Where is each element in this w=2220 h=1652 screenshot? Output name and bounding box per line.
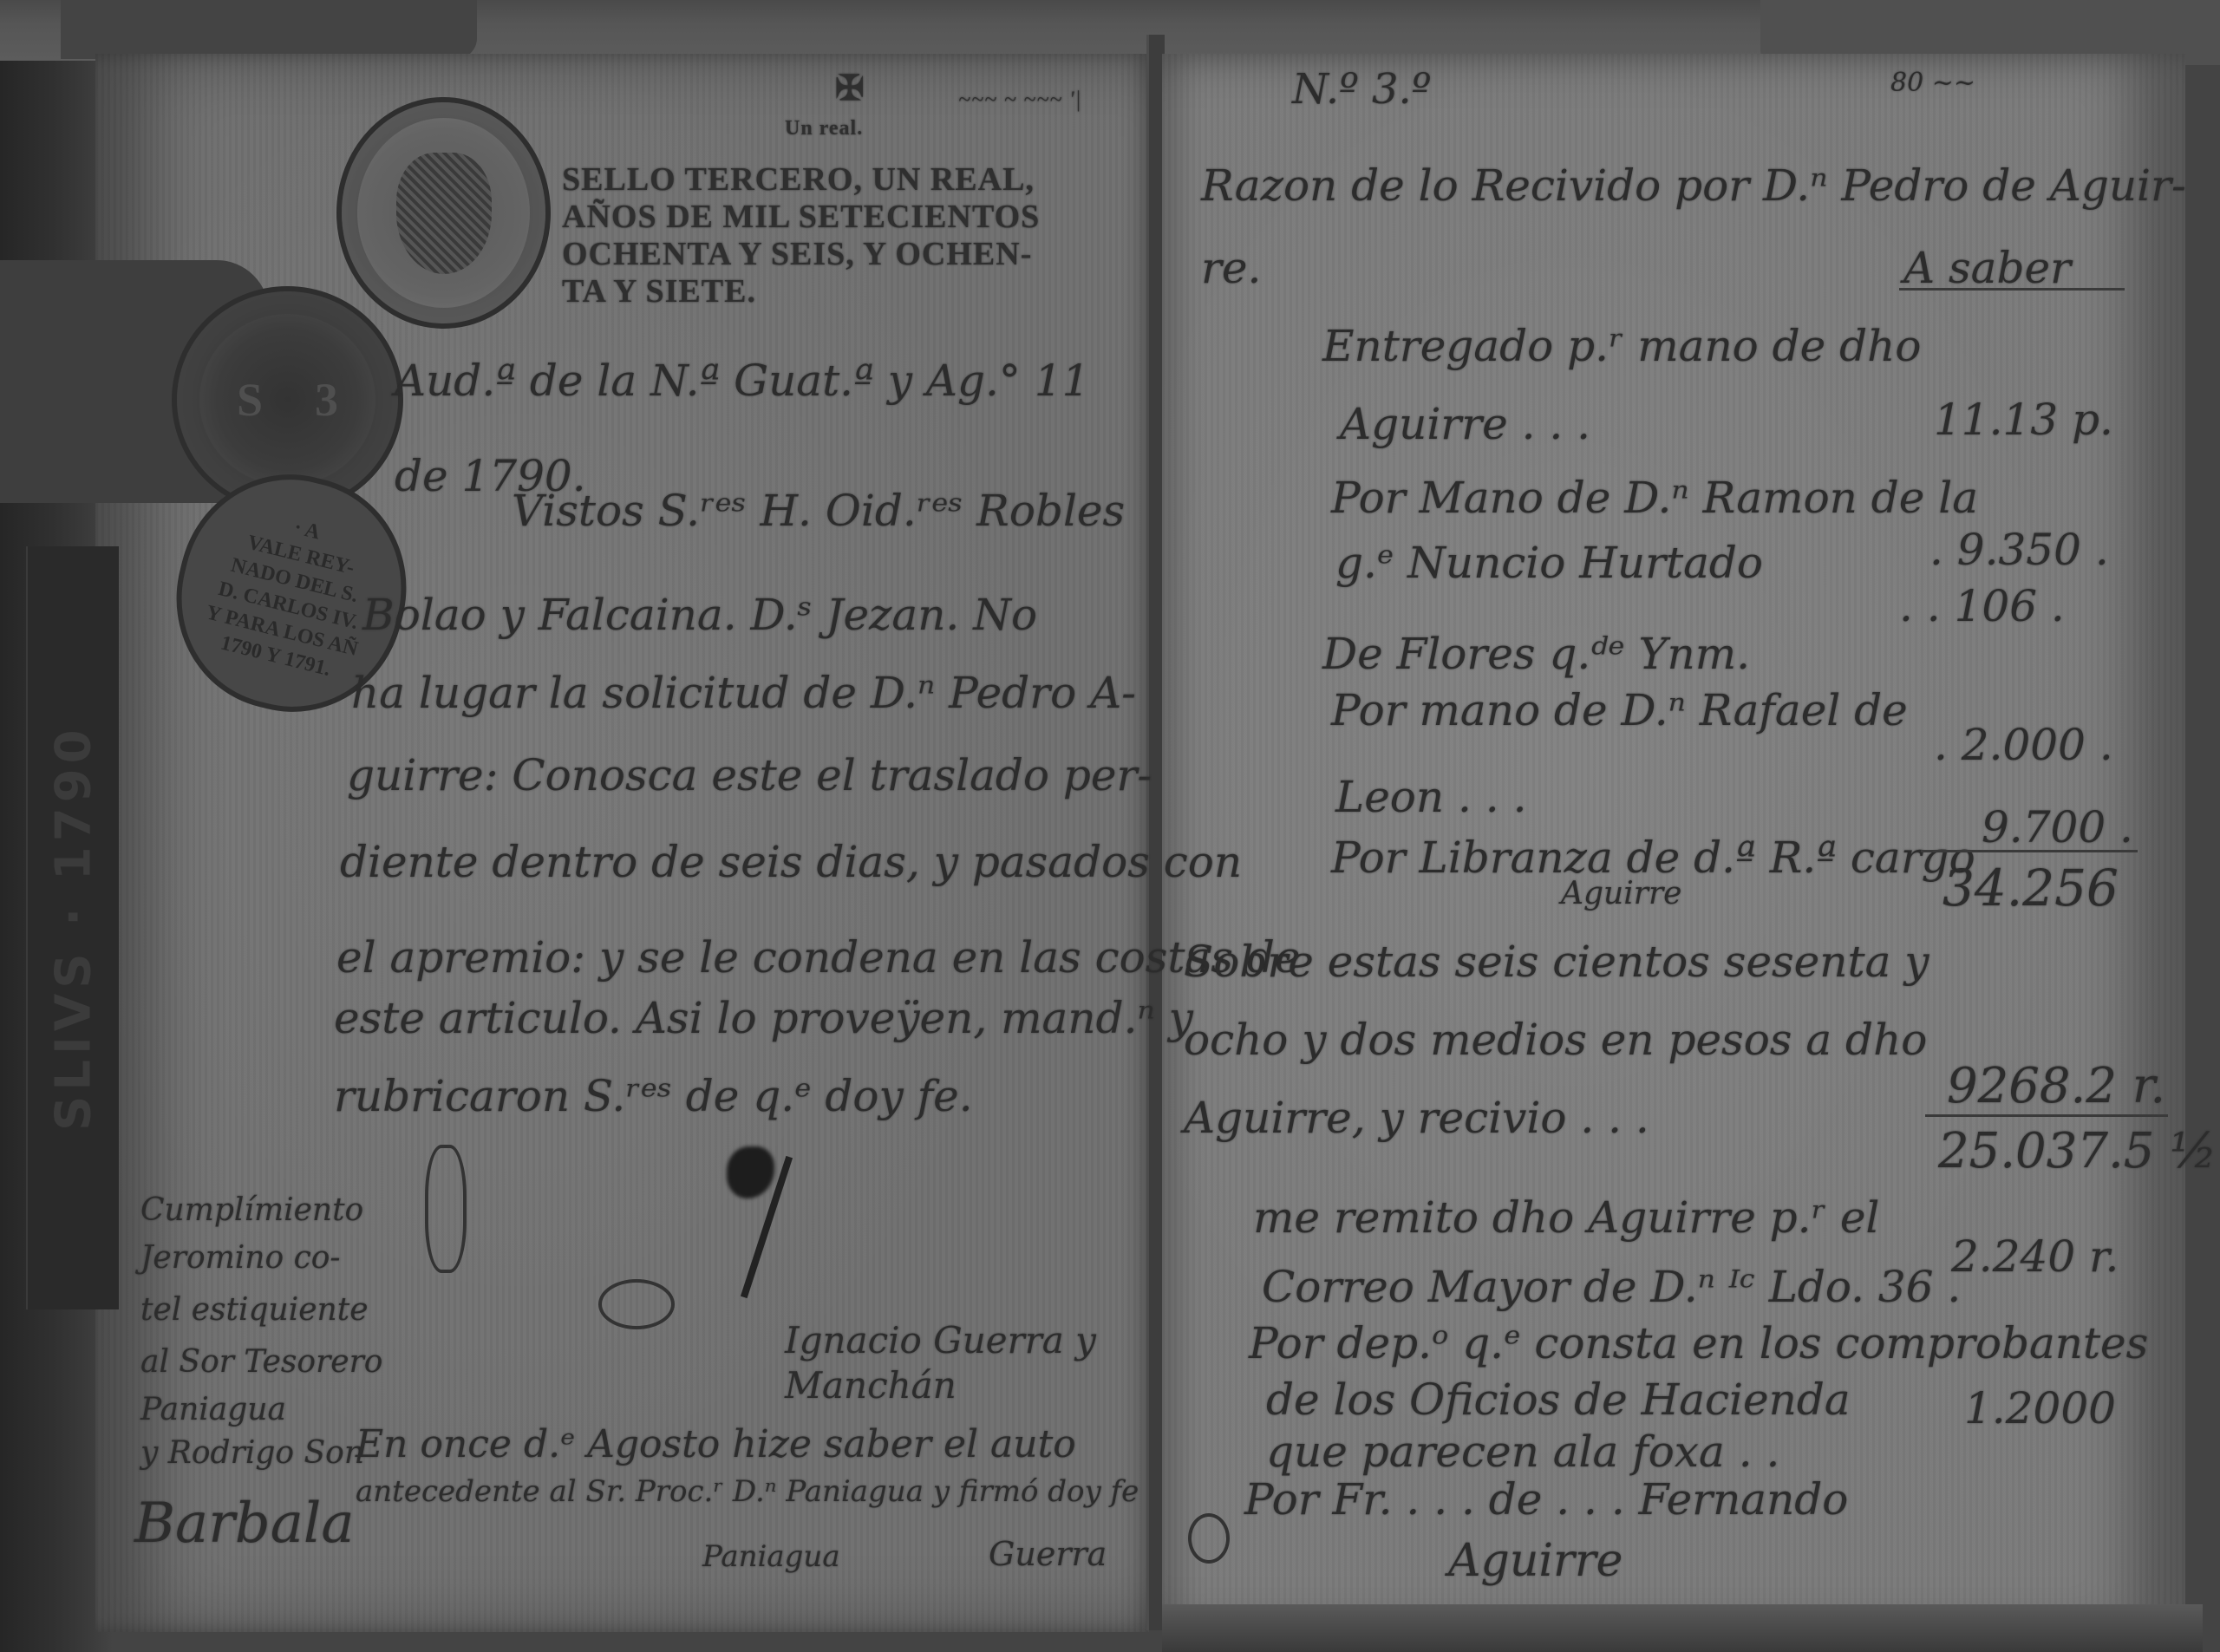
decree-line-1: Aud.ª de la N.ª Guat.ª y Ag.° 11 bbox=[395, 356, 1089, 406]
signature-guerra-manchan: Ignacio Guerra y Manchán bbox=[785, 1318, 1097, 1408]
entry-1-line-2: Aguirre . . . bbox=[1340, 399, 1590, 449]
decree-line-3: Vistos S.ʳᵉˢ H. Oid.ʳᵉˢ Robles bbox=[512, 486, 1125, 536]
rubric-flourish-icon bbox=[425, 1145, 467, 1273]
decree-line-9: este articulo. Asi lo proveÿen, mand.ⁿ y bbox=[334, 993, 1193, 1043]
margin-name-barbala: Barbala bbox=[134, 1492, 355, 1556]
subtotal-mark: Aguirre bbox=[1561, 876, 1681, 911]
account-title-line-2: re. bbox=[1201, 243, 1261, 293]
paragraph-amount: 9268.2 r. bbox=[1947, 1058, 2165, 1114]
binding-tab-left bbox=[61, 0, 477, 59]
entry-4-line-1: Por mano de D.ⁿ Rafael de bbox=[1331, 685, 1908, 735]
coat-of-arms-icon bbox=[396, 153, 492, 274]
margin-note-line: Cumplímiento bbox=[140, 1192, 363, 1228]
balance-amount: 25.037.5 ½ bbox=[1938, 1123, 2217, 1179]
lower-line-5: que parecen ala foxa . . bbox=[1266, 1427, 1779, 1477]
signature-guerra: Guerra bbox=[989, 1535, 1107, 1573]
entry-3-line-1: De Flores q.ᵈᵉ Ynm. bbox=[1322, 629, 1750, 679]
paragraph-line-1: Sobre estas seis cientos sesenta y bbox=[1184, 937, 1929, 987]
corner-mark: 80 ~~ bbox=[1890, 68, 1975, 98]
entry-3-amount: . . 106 . bbox=[1899, 581, 2065, 631]
decree-line-7: diente dentro de seis dias, y pasados co… bbox=[340, 837, 1242, 887]
entry-4-line-2: Leon . . . bbox=[1335, 772, 1526, 822]
subtotal-amount: 34.256 bbox=[1942, 859, 2119, 917]
royal-seal-stamp bbox=[336, 97, 551, 329]
lower-line-1: me remito dho Aguirre p.ʳ el bbox=[1253, 1192, 1879, 1243]
lower-amount-2: 1.2000 bbox=[1964, 1383, 2116, 1433]
notification-line-2: antecedente al Sr. Proc.ʳ D.ⁿ Paniagua y… bbox=[356, 1474, 1139, 1509]
account-title-tail: A saber bbox=[1903, 243, 2071, 293]
account-title-line-1: Razon de lo Recivido por D.ⁿ Pedro de Ag… bbox=[1201, 160, 2186, 211]
rubric-flourish-icon bbox=[598, 1279, 675, 1329]
margin-note-line: Jeromino co- bbox=[140, 1240, 341, 1276]
seal-number-3: 3 bbox=[315, 373, 338, 427]
entry-2-amount: . 9.350 . bbox=[1929, 525, 2109, 575]
seal-letter-s: S bbox=[237, 373, 263, 427]
lower-line-2: Correo Mayor de D.ⁿ ᴵᶜ Ldo. 36 . bbox=[1262, 1262, 1961, 1312]
margin-note-line: al Sor Tesorero bbox=[140, 1344, 382, 1380]
entry-1-line-1: Entregado p.ʳ mano de dho bbox=[1322, 321, 1921, 371]
lower-amount-1: 2.240 r. bbox=[1951, 1231, 2119, 1282]
signature-paniagua: Paniagua bbox=[702, 1539, 840, 1574]
book-bottom-edge bbox=[1162, 1604, 2203, 1652]
folio-number: N.º 3.º bbox=[1292, 65, 1431, 114]
notification-line-1: En once d.ᵉ Agosto hize saber el auto bbox=[356, 1422, 1076, 1466]
sello-line-2: AÑOS DE MIL SETECIENTOS bbox=[562, 198, 1040, 236]
sello-line-1: SELLO TERCERO, UN REAL, bbox=[562, 160, 1035, 199]
lower-line-4: de los Oficios de Hacienda bbox=[1266, 1374, 1851, 1425]
sello-line-4: TA Y SIETE. bbox=[562, 272, 756, 310]
paragraph-line-2: ocho y dos medios en pesos a dho bbox=[1184, 1015, 1927, 1065]
entry-2-line-1: Por Mano de D.ⁿ Ramon de la bbox=[1331, 473, 1978, 523]
sello-line-3: OCHENTA Y SEIS, Y OCHEN- bbox=[562, 235, 1032, 273]
decree-line-5: ha lugar la solicitud de D.ⁿ Pedro A- bbox=[351, 668, 1136, 718]
title-underline bbox=[1899, 288, 2125, 291]
entry-2-line-2: g.ᵉ Nuncio Hurtado bbox=[1335, 538, 1763, 588]
decree-line-4: Bolao y Falcaina. D.ˢ Jezan. No bbox=[362, 590, 1037, 640]
margin-note-line: tel estiquiente bbox=[140, 1292, 369, 1328]
stamp-value-heading: Un real. bbox=[785, 117, 863, 140]
signature-aguirre: Aguirre bbox=[1448, 1535, 1623, 1587]
spine-label: SLIVS · 1790 bbox=[48, 555, 100, 1301]
decree-line-6: guirre: Conosca este el traslado per- bbox=[347, 750, 1152, 800]
decree-line-8: el apremio: y se le condena en las costa… bbox=[336, 932, 1300, 983]
subtotal-rule bbox=[1921, 850, 2138, 852]
paragraph-line-3: Aguirre, y recivio . . . bbox=[1184, 1093, 1649, 1143]
entry-1-amount: 11.13 p. bbox=[1934, 395, 2113, 445]
cross-mark-icon: ✠ bbox=[835, 68, 865, 108]
top-note: ~~~ ~ ~~~ '| bbox=[958, 87, 1082, 113]
margin-flourish-icon bbox=[1188, 1513, 1230, 1564]
margin-note-line: Paniagua bbox=[140, 1392, 286, 1427]
lower-line-6: Por Fr. . . . de . . . Fernando bbox=[1244, 1474, 1848, 1525]
lower-line-3: Por dep.ᵒ q.ᵉ consta en los comprobantes bbox=[1249, 1318, 2148, 1368]
entry-5-amount: 9.700 . bbox=[1982, 802, 2133, 852]
decree-line-10: rubricaron S.ʳᵉˢ de q.ᵉ doy fe. bbox=[334, 1071, 973, 1121]
balance-rule bbox=[1925, 1114, 2168, 1117]
entry-4-amount: . 2.000 . bbox=[1934, 720, 2113, 770]
margin-note-line: y Rodrigo Son bbox=[140, 1435, 364, 1471]
